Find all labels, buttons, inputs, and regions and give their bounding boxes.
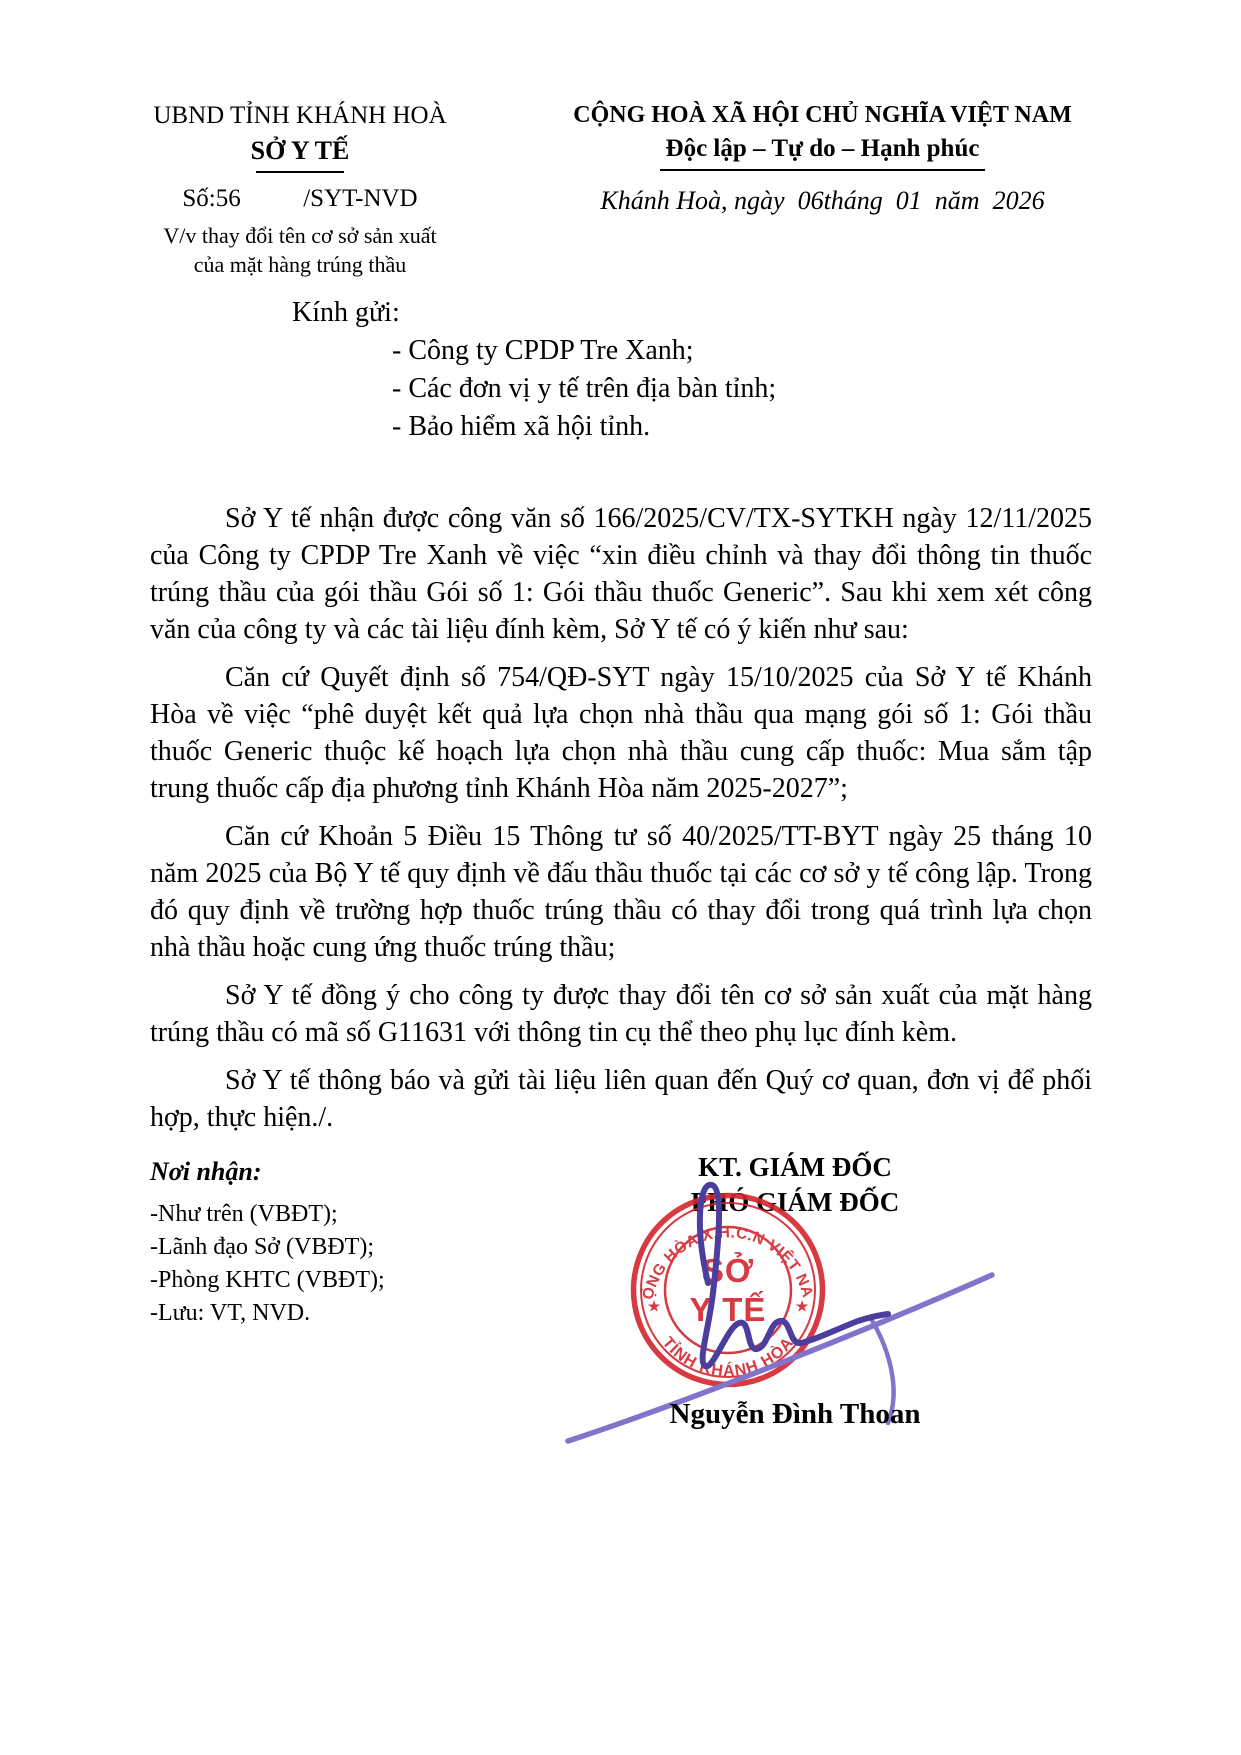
copies-list: -Như trên (VBĐT); -Lãnh đạo Sở (VBĐT); -…: [150, 1198, 385, 1330]
copies-label: Nơi nhận:: [150, 1156, 385, 1188]
signature-main-stroke: [700, 1185, 888, 1367]
national-header-block: CỘNG HOÀ XÃ HỘI CHỦ NGHĨA VIỆT NAM Độc l…: [535, 100, 1110, 216]
agency-name: SỞ Y TẾ: [118, 134, 482, 167]
body-paragraph: Căn cứ Khoản 5 Điều 15 Thông tư số 40/20…: [150, 818, 1092, 966]
recipient-item: - Bảo hiểm xã hội tỉnh.: [392, 408, 776, 446]
signer-name: Nguyễn Đình Thoan: [580, 1398, 1010, 1431]
salutation-block: Kính gửi: - Công ty CPDP Tre Xanh; - Các…: [292, 294, 776, 446]
copies-block: Nơi nhận: -Như trên (VBĐT); -Lãnh đạo Sở…: [150, 1156, 385, 1330]
copies-item: -Như trên (VBĐT);: [150, 1198, 385, 1231]
copies-item: -Lưu: VT, NVD.: [150, 1297, 385, 1330]
place-date-line: Khánh Hoà, ngày 06tháng 01 năm 2026: [535, 186, 1110, 216]
recipient-list: - Công ty CPDP Tre Xanh; - Các đơn vị y …: [392, 332, 776, 446]
recipient-item: - Công ty CPDP Tre Xanh;: [392, 332, 776, 370]
document-subject-line1: V/v thay đổi tên cơ sở sản xuất: [118, 221, 482, 250]
document-subject: V/v thay đổi tên cơ sở sản xuất của mặt …: [118, 221, 482, 279]
document-subject-line2: của mặt hàng trúng thầu: [118, 250, 482, 279]
recipient-item: - Các đơn vị y tế trên địa bàn tỉnh;: [392, 370, 776, 408]
copies-item: -Lãnh đạo Sở (VBĐT);: [150, 1231, 385, 1264]
national-title: CỘNG HOÀ XÃ HỘI CHỦ NGHĨA VIỆT NAM: [535, 100, 1110, 131]
parent-agency: UBND TỈNH KHÁNH HOÀ: [118, 100, 482, 132]
issuing-agency-block: UBND TỈNH KHÁNH HOÀ SỞ Y TẾ Số:56 /SYT-N…: [118, 100, 482, 279]
body-paragraph: Sở Y tế đồng ý cho công ty được thay đổi…: [150, 977, 1092, 1051]
body-paragraph: Sở Y tế nhận được công văn số 166/2025/C…: [150, 500, 1092, 648]
copies-item: -Phòng KHTC (VBĐT);: [150, 1264, 385, 1297]
document-number: Số:56 /SYT-NVD: [118, 183, 482, 215]
official-letter-page: UBND TỈNH KHÁNH HOÀ SỞ Y TẾ Số:56 /SYT-N…: [0, 0, 1241, 1755]
body-paragraph: Sở Y tế thông báo và gửi tài liệu liên q…: [150, 1062, 1092, 1136]
agency-underline-rule: [256, 171, 344, 173]
national-motto-wrap: Độc lập – Tự do – Hạnh phúc: [535, 134, 1110, 171]
salutation-label: Kính gửi:: [292, 294, 776, 332]
body-paragraph: Căn cứ Quyết định số 754/QĐ-SYT ngày 15/…: [150, 659, 1092, 807]
national-motto: Độc lập – Tự do – Hạnh phúc: [660, 134, 986, 171]
letter-body: Sở Y tế nhận được công văn số 166/2025/C…: [150, 500, 1092, 1147]
